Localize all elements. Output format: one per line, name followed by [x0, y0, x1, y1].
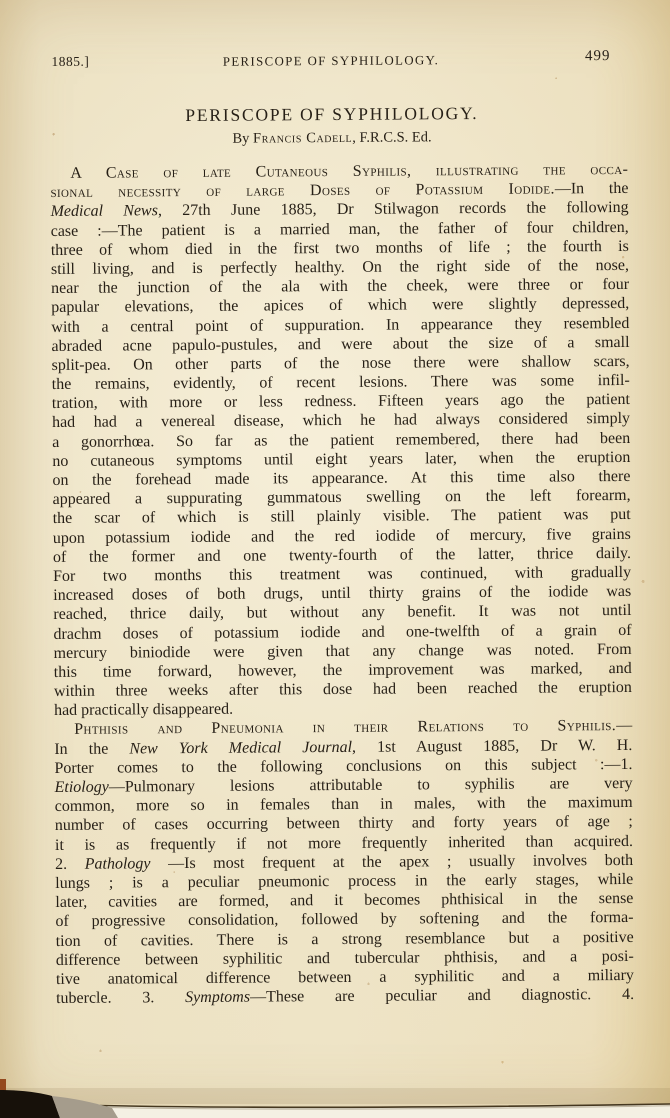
running-title: PERISCOPE OF SYPHILOLOGY.: [223, 53, 440, 70]
paragraph: A Case of late Cutaneous Syphilis, illus…: [50, 160, 632, 720]
running-header: 1885.] PERISCOPE OF SYPHILOLOGY. 499: [51, 48, 610, 72]
page-curl-shadow: [0, 1088, 670, 1104]
year-marker: 1885.]: [51, 54, 89, 70]
text-line: tubercle. 3. Symptoms—These are peculiar…: [56, 985, 634, 1008]
byline-suffix: , F.R.C.S. Ed.: [352, 129, 432, 146]
page-number: 499: [585, 48, 611, 65]
byline-prefix: By: [232, 131, 253, 147]
scanned-book-page: 1885.] PERISCOPE OF SYPHILOLOGY. 499 PER…: [0, 0, 670, 1118]
page-bottom-edge: [0, 1078, 670, 1118]
article-title: PERISCOPE OF SYPHILOLOGY.: [0, 102, 667, 128]
page-content: 1885.] PERISCOPE OF SYPHILOLOGY. 499 PER…: [0, 0, 670, 1118]
byline-author: Francis Cadell: [253, 130, 352, 147]
byline: By Francis Cadell, F.R.C.S. Ed.: [0, 128, 667, 150]
paragraph: Phthisis and Pneumonia in their Relation…: [54, 716, 634, 1008]
body-text: A Case of late Cutaneous Syphilis, illus…: [50, 160, 634, 1008]
